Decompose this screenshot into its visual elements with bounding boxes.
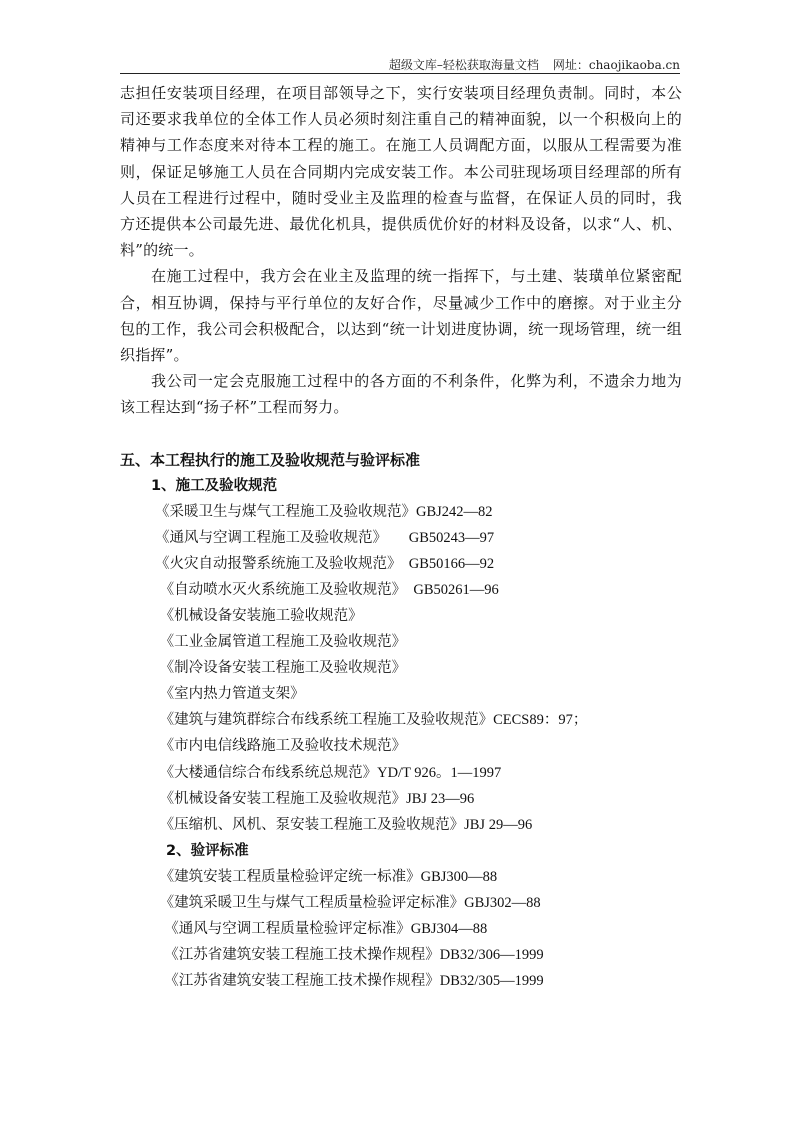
standard-code: GB50243—97 xyxy=(387,530,494,546)
subsection-title-specs: 1、施工及验收规范 xyxy=(120,473,682,499)
standard-name: 《建筑采暖卫生与煤气工程质量检验评定标准》 xyxy=(155,895,464,911)
standard-name: 《市内电信线路施工及验收技术规范》 xyxy=(155,738,406,754)
list-item: 《大楼通信综合布线系统总规范》YD/T 926。1—1997 xyxy=(120,760,682,786)
section-title: 五、本工程执行的施工及验收规范与验评标准 xyxy=(120,447,682,473)
list-item: 《建筑采暖卫生与煤气工程质量检验评定标准》GBJ302—88 xyxy=(120,890,682,916)
standard-name: 《机械设备安装施工验收规范》 xyxy=(155,608,363,624)
paragraph-coordination: 在施工过程中，我方会在业主及监理的统一指挥下，与土建、装璜单位紧密配合，相互协调… xyxy=(120,263,682,368)
standard-name: 《建筑与建筑群综合布线系统工程施工及验收规范》 xyxy=(155,712,493,728)
list-item: 《通风与空调工程质量检验评定标准》GBJ304—88 xyxy=(120,916,682,942)
list-item: 《机械设备安装施工验收规范》 xyxy=(120,603,682,629)
list-item: 《火灾自动报警系统施工及验收规范》 GB50166—92 xyxy=(120,551,682,577)
standard-code: GB50261—96 xyxy=(406,582,499,598)
list-item: 《江苏省建筑安装工程施工技术操作规程》DB32/306—1999 xyxy=(120,942,682,968)
header-library-name: 超级文库–轻松获取海量文档 xyxy=(389,58,539,72)
standard-name: 《火灾自动报警系统施工及验收规范》 xyxy=(155,556,402,572)
standard-code: JBJ 23—96 xyxy=(406,791,474,807)
standard-code: GB50166—92 xyxy=(402,556,495,572)
standard-code: DB32/306—1999 xyxy=(440,947,544,963)
list-item: 《通风与空调工程施工及验收规范》 GB50243—97 xyxy=(120,525,682,551)
standard-name: 《室内热力管道支架》 xyxy=(155,686,305,702)
list-item: 《室内热力管道支架》 xyxy=(120,681,682,707)
header-website: 网址：chaojikaoba.cn xyxy=(553,58,680,72)
evaluation-standard-list: 《建筑安装工程质量检验评定统一标准》GBJ300—88 《建筑采暖卫生与煤气工程… xyxy=(120,864,682,994)
list-item: 《自动喷水灭火系统施工及验收规范》 GB50261—96 xyxy=(120,577,682,603)
standard-name: 《工业金属管道工程施工及验收规范》 xyxy=(155,634,406,650)
standard-code: JBJ 29—96 xyxy=(464,817,532,833)
standard-name: 《采暖卫生与煤气工程施工及验收规范》 xyxy=(155,504,416,520)
standard-code: GBJ300—88 xyxy=(421,869,498,885)
standard-name: 《通风与空调工程施工及验收规范》 xyxy=(155,530,387,546)
list-item: 《机械设备安装工程施工及验收规范》JBJ 23—96 xyxy=(120,786,682,812)
paragraph-commitment: 我公司一定会克服施工过程中的各方面的不利条件，化弊为利，不遗余力地为该工程达到“… xyxy=(120,368,682,420)
standard-name: 《制冷设备安装工程施工及验收规范》 xyxy=(155,660,406,676)
standard-name: 《通风与空调工程质量检验评定标准》 xyxy=(155,921,411,937)
standard-code: GBJ242—82 xyxy=(416,504,493,520)
paragraph-management: 志担任安装项目经理，在项目部领导之下，实行安装项目经理负责制。同时，本公司还要求… xyxy=(120,80,682,263)
page-header: 超级文库–轻松获取海量文档网址：chaojikaoba.cn xyxy=(120,54,680,74)
list-item: 《工业金属管道工程施工及验收规范》 xyxy=(120,629,682,655)
list-item: 《建筑安装工程质量检验评定统一标准》GBJ300—88 xyxy=(120,864,682,890)
list-item: 《制冷设备安装工程施工及验收规范》 xyxy=(120,655,682,681)
list-item: 《建筑与建筑群综合布线系统工程施工及验收规范》CECS89：97； xyxy=(120,707,682,733)
standard-name: 《压缩机、风机、泵安装工程施工及验收规范》 xyxy=(155,817,464,833)
spec-list: 《采暖卫生与煤气工程施工及验收规范》GBJ242—82 《通风与空调工程施工及验… xyxy=(120,499,682,838)
standard-name: 《自动喷水灭火系统施工及验收规范》 xyxy=(155,582,406,598)
standard-code: DB32/305—1999 xyxy=(440,973,544,989)
subsection-title-evaluation: 2、验评标准 xyxy=(120,838,682,864)
standard-code: GBJ302—88 xyxy=(464,895,541,911)
list-item: 《压缩机、风机、泵安装工程施工及验收规范》JBJ 29—96 xyxy=(120,812,682,838)
header-text: 超级文库–轻松获取海量文档网址：chaojikaoba.cn xyxy=(389,56,680,73)
standard-name: 《建筑安装工程质量检验评定统一标准》 xyxy=(155,869,421,885)
standard-name: 《江苏省建筑安装工程施工技术操作规程》 xyxy=(155,947,440,963)
document-body: 志担任安装项目经理，在项目部领导之下，实行安装项目经理负责制。同时，本公司还要求… xyxy=(120,80,682,994)
standard-code: GBJ304—88 xyxy=(411,921,488,937)
list-item: 《采暖卫生与煤气工程施工及验收规范》GBJ242—82 xyxy=(120,499,682,525)
standard-code: YD/T 926。1—1997 xyxy=(377,765,501,781)
standard-code: CECS89：97； xyxy=(493,712,587,728)
standard-name: 《大楼通信综合布线系统总规范》 xyxy=(155,765,377,781)
standard-name: 《机械设备安装工程施工及验收规范》 xyxy=(155,791,406,807)
standard-name: 《江苏省建筑安装工程施工技术操作规程》 xyxy=(155,973,440,989)
list-item: 《江苏省建筑安装工程施工技术操作规程》DB32/305—1999 xyxy=(120,968,682,994)
list-item: 《市内电信线路施工及验收技术规范》 xyxy=(120,733,682,759)
